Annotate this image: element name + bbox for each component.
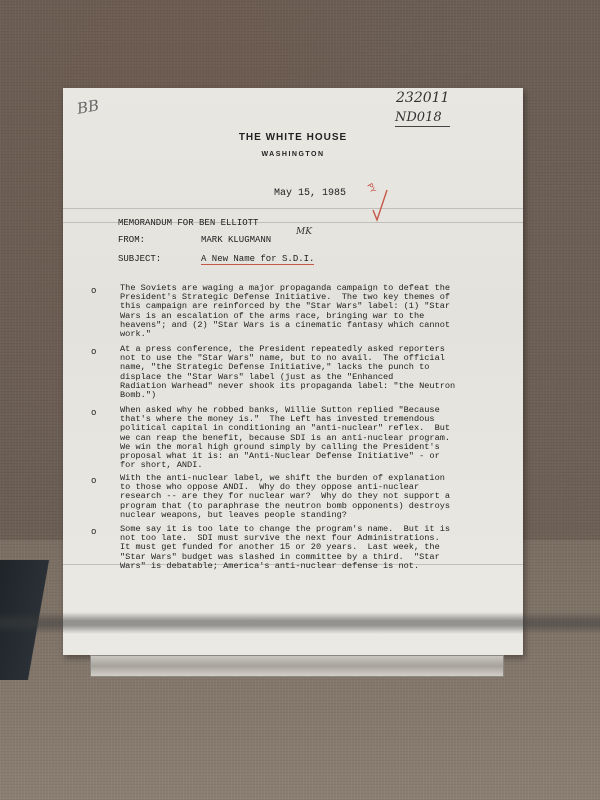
bullet-marker: o bbox=[91, 286, 96, 296]
letterhead-title: THE WHITE HOUSE bbox=[63, 132, 523, 143]
file-code: ND018 bbox=[395, 110, 450, 127]
paragraph-line: Wars" is debatable; America's anti-nucle… bbox=[120, 562, 515, 571]
memo-paragraph: At a press conference, the President rep… bbox=[120, 345, 515, 400]
memo-paragraph: The Soviets are waging a major propagand… bbox=[120, 284, 515, 339]
memo-date: May 15, 1985 bbox=[274, 188, 346, 199]
subject-value: A New Name for S.D.I. bbox=[201, 254, 314, 264]
from-label: FROM: bbox=[118, 235, 145, 245]
subject-label: SUBJECT: bbox=[118, 254, 161, 264]
memo-document: BB 232011 ND018 THE WHITE HOUSE WASHINGT… bbox=[63, 88, 523, 655]
memo-paragraph: When asked why he robbed banks, Willie S… bbox=[120, 406, 515, 470]
paragraph-line: Bomb.") bbox=[120, 391, 515, 400]
handwritten-initials: BB bbox=[76, 96, 101, 118]
paragraph-line: heavens"; and (2) "Star Wars is a cinema… bbox=[120, 321, 515, 330]
paragraph-line: work." bbox=[120, 330, 515, 339]
memo-paragraph: Some say it is too late to change the pr… bbox=[120, 525, 515, 571]
from-initials: MK bbox=[296, 227, 312, 237]
letterhead-subtitle: WASHINGTON bbox=[63, 151, 523, 158]
display-case-edge bbox=[0, 560, 60, 680]
bullet-marker: o bbox=[91, 347, 96, 357]
acrylic-stand bbox=[90, 655, 504, 677]
memo-paragraph: With the anti-nuclear label, we shift th… bbox=[120, 474, 515, 520]
subject-text: A New Name for S.D.I. bbox=[201, 254, 314, 265]
from-value: MARK KLUGMANN bbox=[201, 235, 271, 245]
bullet-marker: o bbox=[91, 527, 96, 537]
fold-line bbox=[63, 208, 523, 209]
paragraph-line: nuclear weapons, but leaves people stand… bbox=[120, 511, 515, 520]
paragraph-line: for short, ANDI. bbox=[120, 461, 515, 470]
paragraph-line: Radiation Warhead" never shook its propa… bbox=[120, 382, 515, 391]
red-checkmark-icon bbox=[371, 188, 389, 224]
bullet-marker: o bbox=[91, 476, 96, 486]
file-number: 232011 bbox=[396, 90, 449, 106]
memo-recipient: MEMORANDUM FOR BEN ELLIOTT bbox=[118, 218, 258, 228]
bullet-marker: o bbox=[91, 408, 96, 418]
